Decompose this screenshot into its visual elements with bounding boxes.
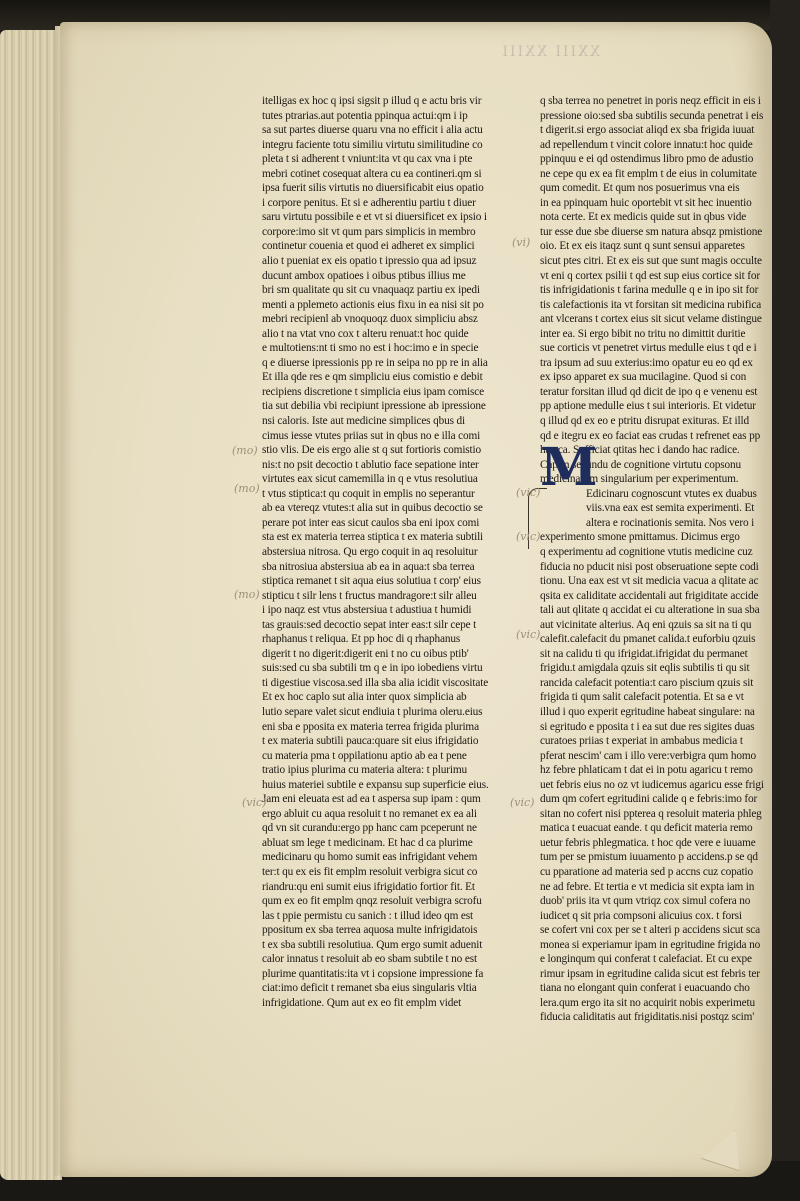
text-line: matica t euacuat eande. t qu deficit mat…: [540, 821, 772, 836]
text-line: q e diuerse ipressionis pp re in seipa n…: [262, 356, 518, 371]
text-line: rhaphanus t reliqua. Et pp hoc di q rhap…: [262, 632, 518, 647]
text-line: stipticu t silr lens t fructus mandragor…: [262, 589, 518, 604]
text-line: e multotiens:nt ti smo no est i hoc:imo …: [262, 341, 518, 356]
text-line: mebri cotinet cosequat altera cu ea cont…: [262, 167, 518, 182]
text-line: illud i quo experit egritudine habeat si…: [540, 705, 772, 720]
text-line: ppinquu e ei qd ostendimus libro pmo de …: [540, 152, 772, 167]
text-line: ant vlcerans t cortex eius sit sicut vel…: [540, 312, 772, 327]
text-line: altera e rocinationis semita. Nos vero i: [540, 516, 772, 531]
text-line: las t ppie permistu cu sanich : t illud …: [262, 909, 518, 924]
text-line: integru faciente totu similiu virtutu si…: [262, 138, 518, 153]
text-line: Jam eni eleuata est ad ea t aspersa sup …: [262, 792, 518, 807]
text-line: tia sut debilia vbi recipiunt ipressione…: [262, 399, 518, 414]
text-line: aut vicinitate alterius. Aq eni qzuis sa…: [540, 618, 772, 633]
text-line: ciat:imo deficit t remanet sba eius sing…: [262, 981, 518, 996]
text-line: bri sm qualitate qu sit cu vnaquaqz part…: [262, 283, 518, 298]
marginal-annotation: (vic): [510, 796, 534, 809]
scan-background-right: [770, 0, 800, 1201]
text-line: cimus iesse vtutes priias sut in qbus no…: [262, 429, 518, 444]
text-line: t digerit.si ergo associat aliqd ex sba …: [540, 123, 772, 138]
text-line: qsita ex caliditate accidentali aut frig…: [540, 589, 772, 604]
text-line: saru virtutu possibile e et vt si diuers…: [262, 210, 518, 225]
right-text-column: q sba terrea no penetret in poris neqz e…: [540, 94, 772, 1025]
text-line: tionu. Una eax est vt sit medicia vacua …: [540, 574, 772, 589]
text-line: tur esse due sbe diuerse sm natura absqz…: [540, 225, 772, 240]
text-line: t ex sba subtili resolutiua. Qum ergo su…: [262, 938, 518, 953]
text-line: alio t pueniat ex eis opatio t ipressio …: [262, 254, 518, 269]
text-line: huius materiei subtile e expansu sup sup…: [262, 778, 518, 793]
marginal-annotation: (mo): [234, 588, 260, 601]
text-line: Et ex hoc caplo sut alia inter quox simp…: [262, 690, 518, 705]
text-line: cu materia pma t oppilationu aptio ab ea…: [262, 749, 518, 764]
text-line: inter ea. Si ergo bibit no tritu no dimi…: [540, 327, 772, 342]
text-line: riandru:qu eni sumit eius ifrigidatio fo…: [262, 880, 518, 895]
text-line: lutio separe valet sicut endiuia t pluri…: [262, 705, 518, 720]
text-line: qum comedit. Et qum nos posuerimus vna e…: [540, 181, 772, 196]
text-line: tis calefactionis ita vt forsitan sit me…: [540, 298, 772, 313]
text-line: q illud qd ex eo e ptritu disrupat exitu…: [540, 414, 772, 429]
text-line: frigida ti qum salit calefacit potentia.…: [540, 690, 772, 705]
text-line: ad repellendum t vincit colore innatu:t …: [540, 138, 772, 153]
marginal-annotation: (vic): [516, 486, 540, 499]
decorated-initial: M: [540, 444, 584, 492]
text-line: uetur febris phlegmatica. t hoc qde vere…: [540, 836, 772, 851]
text-line: ppositum ex sba terrea aquosa multe infr…: [262, 923, 518, 938]
text-line: i corpore penitus. Et si e adherentiu pa…: [262, 196, 518, 211]
text-line: tutes ptrarias.aut potentia ppinqua actu…: [262, 109, 518, 124]
text-line: teratur forsitan illud qd dicit de ipo q…: [540, 385, 772, 400]
text-line: rimur ipsam in egritudine calida sicut e…: [540, 967, 772, 982]
text-line: pp aptione medulle eius t sui interioris…: [540, 399, 772, 414]
text-line: sue corticis vt penetret virtus medulle …: [540, 341, 772, 356]
text-line: medicinaru qu homo sumit eas infrigidant…: [262, 850, 518, 865]
text-line: suis:sed cu sba subtili tm q e in ipo io…: [262, 661, 518, 676]
text-line: sba nitrosiua abstersiua ab ea in aqua:t…: [262, 560, 518, 575]
text-line: eni sba e pposita ex materia terrea frig…: [262, 720, 518, 735]
text-line: qd vn sit curandu:ergo pp hanc cam pcepe…: [262, 821, 518, 836]
text-line: sta est ex materia terrea stiptica t ex …: [262, 530, 518, 545]
marginal-annotation: (vic): [242, 796, 266, 809]
text-line: alio t na vtat vno cox t alteru renuat:t…: [262, 327, 518, 342]
text-line: in ea ppinquam huic oportebit vt sit hec…: [540, 196, 772, 211]
text-line: stiptica remanet t sit aqua eius solutiu…: [262, 574, 518, 589]
text-line: ergo abluit cu aqua resoluit t no remane…: [262, 807, 518, 822]
text-line: ne ad febre. Et tertia e vt medicia sit …: [540, 880, 772, 895]
text-line: t ex materia subtili pauca:quare sit eiu…: [262, 734, 518, 749]
text-line: ab ea vtereqz vtutes:t alia sut in quibu…: [262, 501, 518, 516]
text-line: curatoes priias t experiat in ambabus me…: [540, 734, 772, 749]
text-line: sa sut partes diuerse quaru vna no effic…: [262, 123, 518, 138]
text-line: oio. Et ex eis itaqz sunt q sunt sensui …: [540, 239, 772, 254]
text-line: qum ex eo fit emplm qnqz resoluit verbig…: [262, 894, 518, 909]
text-line: q experimentu ad cognitione vtutis medic…: [540, 545, 772, 560]
text-line: nota certe. Et ex medicis quide sut in q…: [540, 210, 772, 225]
text-line: tas grauis:sed decoctio sepat inter eas:…: [262, 618, 518, 633]
text-line: sitan no cofert nisi ppterea q resoluit …: [540, 807, 772, 822]
text-line: ipsa fuerit silis virtutis no diuersific…: [262, 181, 518, 196]
text-line: q sba terrea no penetret in poris neqz e…: [540, 94, 772, 109]
text-line: pferat nescim' cam i illo vere:verbigra …: [540, 749, 772, 764]
marginal-annotation: (vic): [516, 530, 540, 543]
text-line: abstersiua nitrosa. Qu ergo coquit in aq…: [262, 545, 518, 560]
text-line: duob' priis ita vt qum vtriqz cox simul …: [540, 894, 772, 909]
text-line: hz febre phlaticam t dat ei in potu agar…: [540, 763, 772, 778]
text-line: continetur couenia et quod ei adheret ex…: [262, 239, 518, 254]
text-line: t vtus stiptica:t qu coquit in emplis no…: [262, 487, 518, 502]
text-line: ducunt ambox opatioes i oibus ptibus ill…: [262, 269, 518, 284]
text-line: tum per se pmistum iuuamento p accidens.…: [540, 850, 772, 865]
marginal-annotation: (vi): [512, 236, 530, 249]
text-line: vt eni q cortex psilii t qd est sup eius…: [540, 269, 772, 284]
text-line: virtutes eax sicut camemilla in q e vtus…: [262, 472, 518, 487]
text-line: corpore:imo sit vt qum pars simplicis in…: [262, 225, 518, 240]
text-line: tratio ipius plurima cu materia altera: …: [262, 763, 518, 778]
text-line: iudicet q sit pria compsoni alicuius cox…: [540, 909, 772, 924]
text-line: rancida calefacit potentia:t caro pisciu…: [540, 676, 772, 691]
text-line: nis:t no psit decoctio t ablutio face se…: [262, 458, 518, 473]
marginal-annotation: (mo): [234, 482, 260, 495]
text-line: ti digestiue viscosa.sed illa sba alia i…: [262, 676, 518, 691]
text-line: frigidu.t amigdala qzuis sit eqlis subti…: [540, 661, 772, 676]
text-line: ex ipso apparet ex sua mucilagine. Quod …: [540, 370, 772, 385]
text-line: tiana no elongant quin conferat i euacua…: [540, 981, 772, 996]
text-line: sicut ptes citri. Et ex eis sut que sunt…: [540, 254, 772, 269]
text-line: se cofert vni cox per se t alteri p acci…: [540, 923, 772, 938]
text-line: menti a pplemeto actionis eius fixu in e…: [262, 298, 518, 313]
text-line: Et illa qde res e qm simpliciu eius comi…: [262, 370, 518, 385]
text-line: tali aut qlitate q accidat ei cu alterat…: [540, 603, 772, 618]
text-line: digerit t no digerit:digerit eni t no cu…: [262, 647, 518, 662]
text-line: nsi caloris. Iste aut medicine simplices…: [262, 414, 518, 429]
text-line: calefit.calefacit du pmanet calida.t euf…: [540, 632, 772, 647]
text-line: plurime quantitatis:ita vt i copsione im…: [262, 967, 518, 982]
text-line: mebri recipienl ab vnoquoqz duox simplic…: [262, 312, 518, 327]
text-line: i ipo naqz est vtus abstersiua t adustiu…: [262, 603, 518, 618]
text-line: perare pot inter eas sicut caulos sba en…: [262, 516, 518, 531]
text-line: fiducia caliditatis aut frigiditatis.nis…: [540, 1010, 772, 1025]
header-bleedthrough: XXIII XXIII: [470, 44, 600, 66]
text-line: lera.qum ergo ita sit no acquirit nobis …: [540, 996, 772, 1011]
text-line: infrigidatione. Qum aut ex eo fit emplm …: [262, 996, 518, 1011]
text-line: experimento smone pmittamus. Dicimus erg…: [540, 530, 772, 545]
text-line: sit na calidu ti qu ifrigidat.ifrigidat …: [540, 647, 772, 662]
text-line: uet febris eius no oz vt iudicemus agari…: [540, 778, 772, 793]
text-line: recipiens discretione t simplicia eius i…: [262, 385, 518, 400]
text-line: ter:t qu ex eis fit emplm resoluit verbi…: [262, 865, 518, 880]
text-line: e longinqum qui conferat t calefaciat. E…: [540, 952, 772, 967]
marginal-annotation: (vic): [516, 628, 540, 641]
text-line: fiducia no pducit nisi post obseruatione…: [540, 560, 772, 575]
text-line: pleta t si adherent t vniunt:ita vt qu c…: [262, 152, 518, 167]
text-line: ne cepe qu ex ea fit emplm t de eius in …: [540, 167, 772, 182]
left-text-column: itelligas ex hoc q ipsi sigsit p illud q…: [262, 94, 518, 1010]
text-line: cu pparatione ad materia sed p accns cuz…: [540, 865, 772, 880]
text-line: viis.vna eax est semita experimenti. Et: [540, 501, 772, 516]
text-line: stio vlis. De eis ergo alie st q sut for…: [262, 443, 518, 458]
marginal-annotation: (mo): [232, 444, 258, 457]
text-line: calor innatus t resoluit ab eo sbam subt…: [262, 952, 518, 967]
text-line: itelligas ex hoc q ipsi sigsit p illud q…: [262, 94, 518, 109]
text-line: abluat sm lege t medicinam. Et hac d ca …: [262, 836, 518, 851]
text-line: dum qm cofert egritudini calide q e febr…: [540, 792, 772, 807]
text-line: si egritudo e pposita t i ea sut due res…: [540, 720, 772, 735]
text-line: pressione oio:sed sba subtilis secunda p…: [540, 109, 772, 124]
text-line: monea si experiamur ipam in egritudine f…: [540, 938, 772, 953]
text-line: tis infrigidationis t farina medulle q e…: [540, 283, 772, 298]
book-page-stack: [0, 30, 62, 1180]
text-line: tra ipsum ad suu exterius:imo opatur eu …: [540, 356, 772, 371]
